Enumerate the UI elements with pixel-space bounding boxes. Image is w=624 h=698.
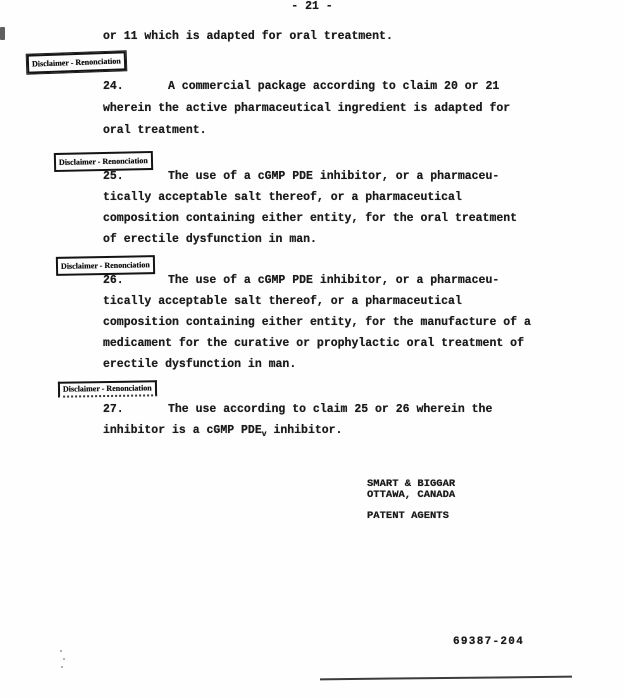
claim-26-text: The use of a cGMP PDE inhibitor, or a ph… bbox=[168, 274, 499, 287]
disclaimer-stamp-4: Disclaimer - Renonciation bbox=[58, 380, 157, 397]
claim-26-line-4: medicament for the curative or prophylac… bbox=[103, 333, 531, 354]
disclaimer-stamp-2: Disclaimer - Renonciation bbox=[54, 151, 153, 172]
claim-26: 26.The use of a cGMP PDE inhibitor, or a… bbox=[103, 270, 531, 375]
claim-24-line-3: oral treatment. bbox=[103, 120, 510, 142]
claim-27-line-2-post: inhibitor. bbox=[267, 424, 343, 437]
signature-location: OTTAWA, CANADA bbox=[367, 490, 455, 501]
claim-25: 25.The use of a cGMP PDE inhibitor, or a… bbox=[103, 166, 517, 250]
scan-artifact-speck bbox=[63, 658, 65, 660]
claim-25-line-4: of erectile dysfunction in man. bbox=[103, 229, 517, 250]
claim-24: 24.A commercial package according to cla… bbox=[103, 76, 510, 142]
disclaimer-stamp-3: Disclaimer - Renonciation bbox=[56, 255, 155, 276]
scan-artifact-line bbox=[320, 676, 572, 681]
claim-27-line-1: 27.The use according to claim 25 or 26 w… bbox=[103, 399, 492, 420]
page-number: - 21 - bbox=[0, 0, 624, 13]
claim-25-line-2: tically acceptable salt thereof, or a ph… bbox=[103, 187, 517, 208]
claim-26-line-1: 26.The use of a cGMP PDE inhibitor, or a… bbox=[103, 270, 531, 291]
claim-26-line-3: composition containing either entity, fo… bbox=[103, 312, 531, 333]
claim-27: 27.The use according to claim 25 or 26 w… bbox=[103, 399, 492, 441]
claim-27-number: 27. bbox=[103, 399, 168, 420]
claim-24-text: A commercial package according to claim … bbox=[168, 80, 499, 93]
claim-24-number: 24. bbox=[103, 76, 168, 98]
scan-artifact-speck bbox=[61, 666, 63, 668]
claim-25-text: The use of a cGMP PDE inhibitor, or a ph… bbox=[168, 170, 499, 183]
claim-24-line-2: wherein the active pharmaceutical ingred… bbox=[103, 98, 510, 120]
docket-number: 69387-204 bbox=[453, 636, 524, 648]
claim-27-line-2: inhibitor is a cGMP PDEv inhibitor. bbox=[103, 420, 492, 441]
claim-26-line-5: erectile dysfunction in man. bbox=[103, 354, 531, 375]
intro-line: or 11 which is adapted for oral treatmen… bbox=[103, 30, 393, 43]
claim-25-line-3: composition containing either entity, fo… bbox=[103, 208, 517, 229]
signature-block: SMART & BIGGAR OTTAWA, CANADA PATENT AGE… bbox=[367, 479, 455, 522]
claim-24-line-1: 24.A commercial package according to cla… bbox=[103, 76, 510, 98]
disclaimer-stamp-1: Disclaimer - Renonciation bbox=[27, 51, 126, 73]
scan-artifact-smudge bbox=[0, 27, 5, 40]
scan-artifact-speck bbox=[60, 650, 62, 652]
claim-26-line-2: tically acceptable salt thereof, or a ph… bbox=[103, 291, 531, 312]
claim-27-text: The use according to claim 25 or 26 wher… bbox=[168, 403, 492, 416]
signature-role: PATENT AGENTS bbox=[367, 511, 455, 522]
claim-27-line-2-pre: inhibitor is a cGMP PDE bbox=[103, 424, 262, 437]
claim-25-line-1: 25.The use of a cGMP PDE inhibitor, or a… bbox=[103, 166, 517, 187]
scanned-document-page: - 21 - or 11 which is adapted for oral t… bbox=[0, 0, 624, 698]
